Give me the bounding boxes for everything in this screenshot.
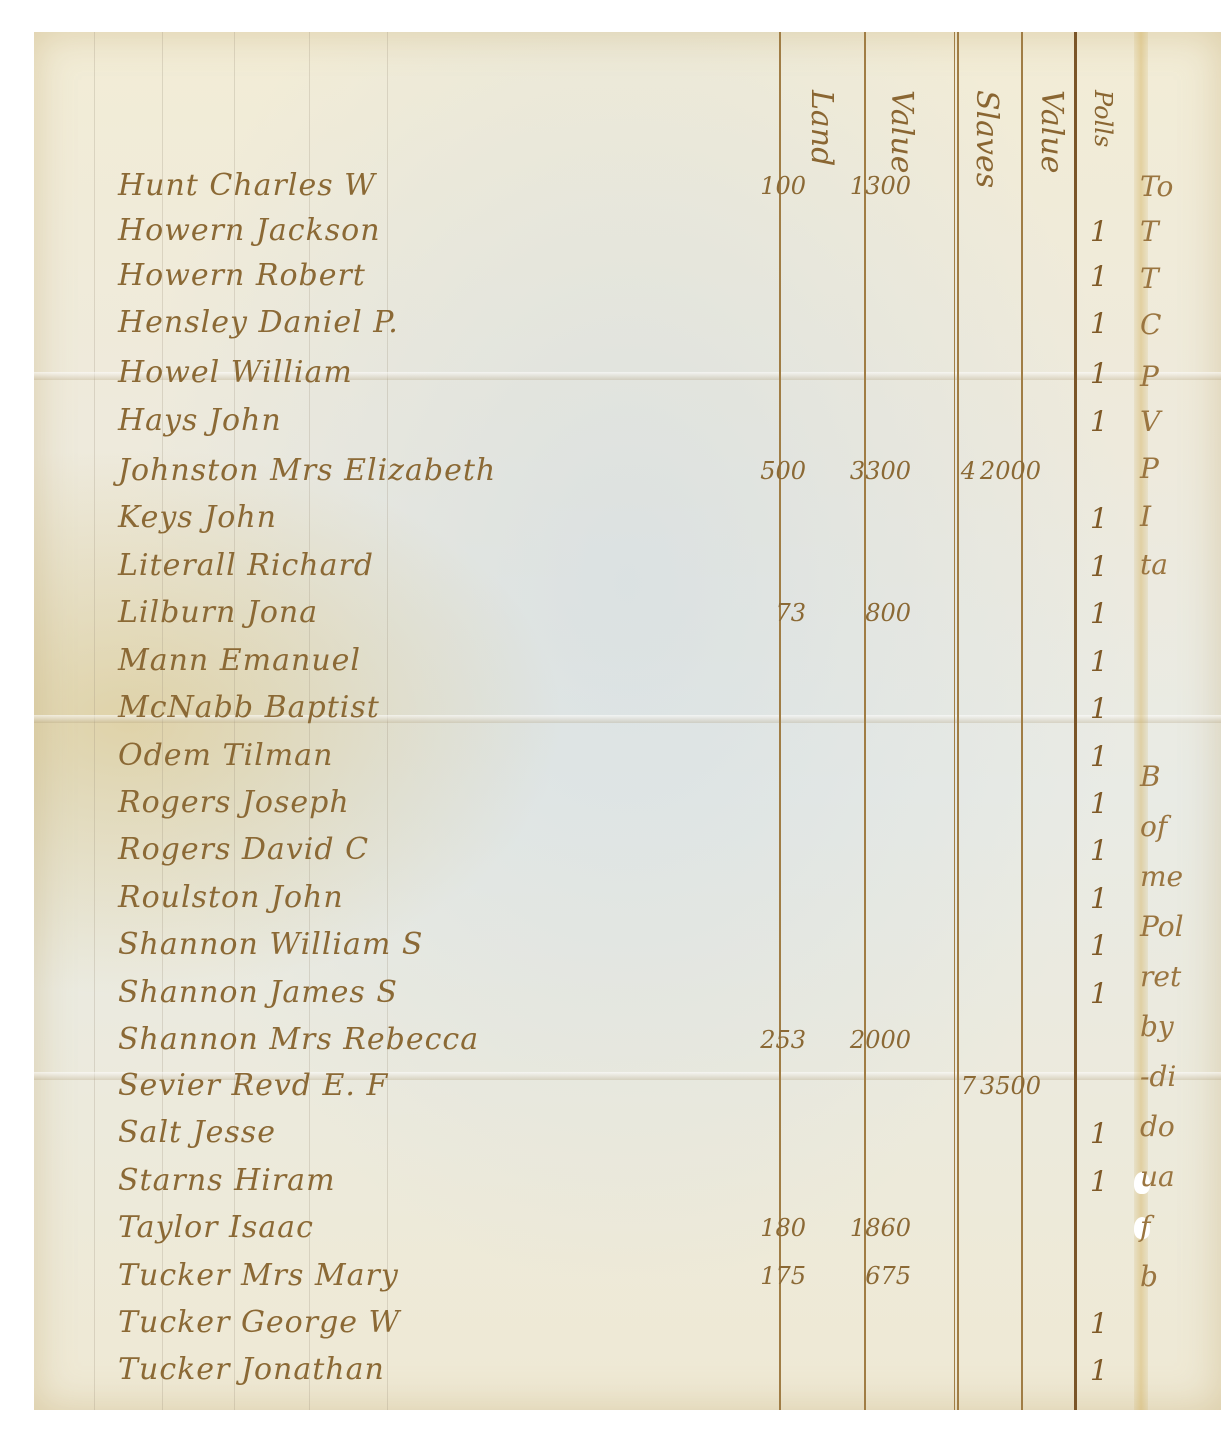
poll-tally: 1 bbox=[1090, 215, 1108, 248]
poll-tally: 1 bbox=[1090, 550, 1108, 583]
taxpayer-name: Tucker George W bbox=[118, 1305, 400, 1340]
taxpayer-name: Howern Jackson bbox=[118, 213, 381, 248]
taxpayer-name: Lilburn Jona bbox=[118, 595, 318, 630]
poll-tally: 1 bbox=[1090, 692, 1108, 725]
header-land-value: Value bbox=[884, 90, 919, 173]
land-acres: 500 bbox=[746, 457, 806, 485]
table-row: Tucker George W1 bbox=[0, 1305, 1187, 1349]
poll-tally: 1 bbox=[1090, 307, 1108, 340]
table-row: Howern Jackson1 bbox=[0, 213, 1187, 257]
land-value: 2000 bbox=[831, 1026, 911, 1054]
table-row: Keys John1 bbox=[0, 500, 1187, 544]
margin-fragment: P bbox=[1140, 360, 1159, 393]
poll-tally: 1 bbox=[1090, 357, 1108, 390]
table-row: Shannon William S1 bbox=[0, 927, 1187, 971]
taxpayer-name: Shannon William S bbox=[118, 927, 423, 962]
table-row: Salt Jesse1 bbox=[0, 1115, 1187, 1159]
taxpayer-name: Hensley Daniel P. bbox=[118, 305, 399, 340]
table-row: Rogers David C1 bbox=[0, 832, 1187, 876]
table-row: Hunt Charles W1001300 bbox=[0, 168, 1187, 212]
table-row: Tucker Mrs Mary175675 bbox=[0, 1258, 1187, 1302]
table-row: Rogers Joseph1 bbox=[0, 785, 1187, 829]
taxpayer-name: Roulston John bbox=[118, 880, 344, 915]
poll-tally: 1 bbox=[1090, 405, 1108, 438]
table-row: Shannon James S1 bbox=[0, 975, 1187, 1019]
taxpayer-name: McNabb Baptist bbox=[118, 690, 380, 725]
table-row: Mann Emanuel1 bbox=[0, 643, 1187, 687]
poll-tally: 1 bbox=[1090, 1307, 1108, 1340]
taxpayer-name: Sevier Revd E. F bbox=[118, 1068, 388, 1103]
margin-fragment: b bbox=[1140, 1260, 1158, 1293]
table-row: Hensley Daniel P.1 bbox=[0, 305, 1187, 349]
land-acres: 253 bbox=[746, 1026, 806, 1054]
header-land: Land bbox=[804, 90, 839, 166]
slave-count: 7 bbox=[936, 1072, 976, 1100]
taxpayer-name: Salt Jesse bbox=[118, 1115, 276, 1150]
table-row: Johnston Mrs Elizabeth500330042000 bbox=[0, 453, 1187, 497]
poll-tally: 1 bbox=[1090, 1165, 1108, 1198]
slave-count: 4 bbox=[936, 457, 976, 485]
table-row: Literall Richard1 bbox=[0, 548, 1187, 592]
poll-tally: 1 bbox=[1090, 502, 1108, 535]
margin-fragment: V bbox=[1140, 405, 1160, 438]
taxpayer-name: Howern Robert bbox=[118, 258, 366, 293]
taxpayer-name: Taylor Isaac bbox=[118, 1210, 314, 1245]
land-acres: 180 bbox=[746, 1214, 806, 1242]
header-slave-value: Value bbox=[1034, 90, 1069, 173]
slave-value: 2000 bbox=[971, 457, 1041, 485]
poll-tally: 1 bbox=[1090, 740, 1108, 773]
table-row: Hays John1 bbox=[0, 403, 1187, 447]
margin-fragment: by bbox=[1140, 1010, 1174, 1043]
table-row: Howern Robert1 bbox=[0, 258, 1187, 302]
poll-tally: 1 bbox=[1090, 882, 1108, 915]
land-value: 3300 bbox=[831, 457, 911, 485]
taxpayer-name: Hays John bbox=[118, 403, 282, 438]
land-acres: 100 bbox=[746, 172, 806, 200]
margin-fragment: To bbox=[1140, 170, 1173, 203]
taxpayer-name: Rogers David C bbox=[118, 832, 369, 867]
land-acres: 175 bbox=[746, 1262, 806, 1290]
table-row: McNabb Baptist1 bbox=[0, 690, 1187, 734]
taxpayer-name: Rogers Joseph bbox=[118, 785, 350, 820]
land-acres: 73 bbox=[746, 599, 806, 627]
land-value: 675 bbox=[831, 1262, 911, 1290]
taxpayer-name: Literall Richard bbox=[118, 548, 374, 583]
poll-tally: 1 bbox=[1090, 834, 1108, 867]
margin-fragment: T bbox=[1140, 262, 1159, 295]
poll-tally: 1 bbox=[1090, 645, 1108, 678]
taxpayer-name: Hunt Charles W bbox=[118, 168, 376, 203]
table-row: Lilburn Jona738001 bbox=[0, 595, 1187, 639]
taxpayer-name: Tucker Mrs Mary bbox=[118, 1258, 399, 1293]
land-value: 800 bbox=[831, 599, 911, 627]
poll-tally: 1 bbox=[1090, 260, 1108, 293]
margin-fragment: Pol bbox=[1140, 910, 1184, 943]
margin-fragment: B bbox=[1140, 760, 1161, 793]
margin-fragment: ta bbox=[1140, 548, 1168, 581]
margin-fragment: do bbox=[1140, 1110, 1175, 1143]
margin-fragment: T bbox=[1140, 215, 1159, 248]
margin-fragment: me bbox=[1140, 860, 1183, 893]
margin-fragment: -di bbox=[1140, 1060, 1176, 1093]
margin-fragment: f bbox=[1140, 1210, 1150, 1243]
table-row: Howel William1 bbox=[0, 355, 1187, 399]
table-row: Taylor Isaac1801860 bbox=[0, 1210, 1187, 1254]
poll-tally: 1 bbox=[1090, 977, 1108, 1010]
taxpayer-name: Tucker Jonathan bbox=[118, 1352, 385, 1387]
margin-fragment: I bbox=[1140, 500, 1151, 533]
margin-fragment: C bbox=[1140, 308, 1161, 341]
taxpayer-name: Starns Hiram bbox=[118, 1163, 336, 1198]
poll-tally: 1 bbox=[1090, 597, 1108, 630]
taxpayer-name: Shannon Mrs Rebecca bbox=[118, 1022, 479, 1057]
taxpayer-name: Shannon James S bbox=[118, 975, 398, 1010]
table-row: Sevier Revd E. F73500 bbox=[0, 1068, 1187, 1112]
land-value: 1860 bbox=[831, 1214, 911, 1242]
table-row: Shannon Mrs Rebecca2532000 bbox=[0, 1022, 1187, 1066]
poll-tally: 1 bbox=[1090, 787, 1108, 820]
table-row: Tucker Jonathan1 bbox=[0, 1352, 1187, 1396]
land-value: 1300 bbox=[831, 172, 911, 200]
taxpayer-name: Howel William bbox=[118, 355, 353, 390]
poll-tally: 1 bbox=[1090, 1354, 1108, 1387]
taxpayer-name: Keys John bbox=[118, 500, 277, 535]
margin-fragment: ret bbox=[1140, 960, 1181, 993]
slave-value: 3500 bbox=[971, 1072, 1041, 1100]
taxpayer-name: Odem Tilman bbox=[118, 738, 333, 773]
margin-fragment: of bbox=[1140, 810, 1167, 843]
header-polls: Polls bbox=[1089, 90, 1117, 147]
taxpayer-name: Johnston Mrs Elizabeth bbox=[118, 453, 496, 488]
table-row: Odem Tilman1 bbox=[0, 738, 1187, 782]
taxpayer-name: Mann Emanuel bbox=[118, 643, 361, 678]
table-row: Starns Hiram1 bbox=[0, 1163, 1187, 1207]
poll-tally: 1 bbox=[1090, 1117, 1108, 1150]
margin-fragment: P bbox=[1140, 452, 1159, 485]
table-row: Roulston John1 bbox=[0, 880, 1187, 924]
poll-tally: 1 bbox=[1090, 929, 1108, 962]
margin-fragment: ua bbox=[1140, 1160, 1175, 1193]
